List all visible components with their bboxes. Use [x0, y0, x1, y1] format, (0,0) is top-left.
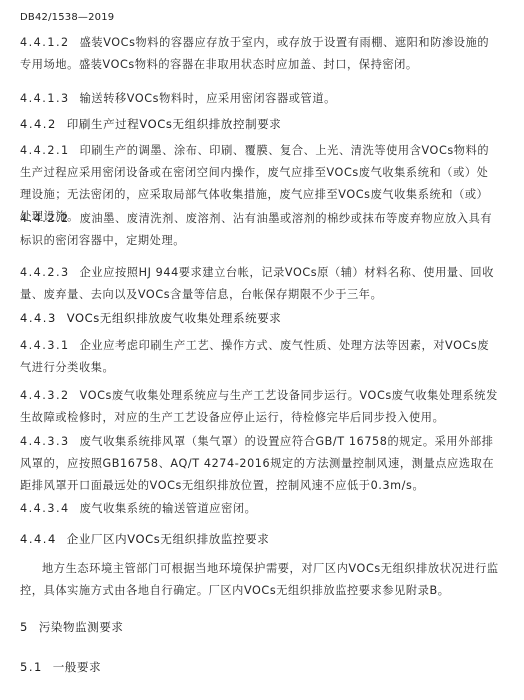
clause-number: 4.4.3.1: [20, 339, 70, 352]
section-heading-5-1: 5.1一般要求: [20, 656, 500, 678]
clause-4-4-1-3: 4.4.1.3输送转移VOCs物料时，应采用密闭容器或管道。: [20, 88, 500, 110]
clause-number: 4.4.3.3: [20, 435, 70, 448]
clause-4-4-2-2: 4.4.2.2废油墨、废清洗剂、废溶剂、沾有油墨或溶剂的棉纱或抹布等废弃物应放入…: [20, 208, 500, 252]
section-heading-4-4-3: 4.4.3VOCs无组织排放废气收集处理系统要求: [20, 307, 500, 329]
section-heading-4-4-2: 4.4.2印刷生产过程VOCs无组织排放控制要求: [20, 113, 500, 135]
section-number: 5.1: [20, 660, 43, 674]
document-page: DB42/1538—2019 4.4.1.2盛装VOCs物料的容器应存放于室内，…: [0, 0, 524, 700]
clause-text: 盛装VOCs物料的容器应存放于室内，或存放于设置有雨棚、遮阳和防渗设施的专用场地…: [20, 36, 489, 71]
standard-code-header: DB42/1538—2019: [20, 12, 114, 23]
clause-number: 4.4.3.4: [20, 502, 70, 515]
clause-text: 废气收集系统排风罩（集气罩）的设置应符合GB/T 16758的规定。采用外部排风…: [20, 435, 494, 492]
clause-text: 废油墨、废清洗剂、废溶剂、沾有油墨或溶剂的棉纱或抹布等废弃物应放入具有标识的密闭…: [20, 212, 492, 247]
clause-text: 输送转移VOCs物料时，应采用密闭容器或管道。: [80, 92, 336, 105]
clause-4-4-3-2: 4.4.3.2VOCs废气收集处理系统应与生产工艺设备同步运行。VOCs废气收集…: [20, 385, 500, 429]
clause-text: 企业应考虑印刷生产工艺、操作方式、废气性质、处理方法等因素，对VOCs废气进行分…: [20, 339, 489, 374]
clause-number: 4.4.2.3: [20, 266, 70, 279]
clause-text: 废气收集系统的输送管道应密闭。: [80, 502, 257, 515]
clause-4-4-3-3: 4.4.3.3废气收集系统排风罩（集气罩）的设置应符合GB/T 16758的规定…: [20, 431, 500, 497]
section-title: 一般要求: [53, 660, 101, 674]
clause-number: 4.4.1.2: [20, 36, 70, 49]
clause-number: 4.4.1.3: [20, 92, 70, 105]
clause-4-4-2-3: 4.4.2.3企业应按照HJ 944要求建立台帐，记录VOCs原（辅）材料名称、…: [20, 262, 500, 306]
section-number: 5: [20, 620, 29, 634]
clause-4-4-1-2: 4.4.1.2盛装VOCs物料的容器应存放于室内，或存放于设置有雨棚、遮阳和防渗…: [20, 32, 500, 76]
paragraph-local-monitoring: 地方生态环境主管部门可根据当地环境保护需要，对厂区内VOCs无组织排放状况进行监…: [20, 558, 500, 602]
clause-number: 4.4.2.2: [20, 212, 70, 225]
paragraph-text: 地方生态环境主管部门可根据当地环境保护需要，对厂区内VOCs无组织排放状况进行监…: [20, 562, 499, 597]
section-number: 4.4.2: [20, 117, 57, 131]
section-heading-5: 5污染物监测要求: [20, 616, 500, 638]
clause-text: 企业应按照HJ 944要求建立台帐，记录VOCs原（辅）材料名称、使用量、回收量…: [20, 266, 494, 301]
section-title: 企业厂区内VOCs无组织排放监控要求: [67, 532, 270, 546]
section-heading-4-4-4: 4.4.4企业厂区内VOCs无组织排放监控要求: [20, 528, 500, 550]
clause-4-4-3-1: 4.4.3.1企业应考虑印刷生产工艺、操作方式、废气性质、处理方法等因素，对VO…: [20, 335, 500, 379]
section-title: 污染物监测要求: [39, 620, 124, 634]
clause-number: 4.4.2.1: [20, 144, 70, 157]
section-title: 印刷生产过程VOCs无组织排放控制要求: [67, 117, 282, 131]
section-title: VOCs无组织排放废气收集处理系统要求: [67, 311, 282, 325]
section-number: 4.4.3: [20, 311, 57, 325]
clause-text: VOCs废气收集处理系统应与生产工艺设备同步运行。VOCs废气收集处理系统发生故…: [20, 389, 498, 424]
clause-number: 4.4.3.2: [20, 389, 70, 402]
section-number: 4.4.4: [20, 532, 57, 546]
clause-4-4-3-4: 4.4.3.4废气收集系统的输送管道应密闭。: [20, 498, 500, 520]
